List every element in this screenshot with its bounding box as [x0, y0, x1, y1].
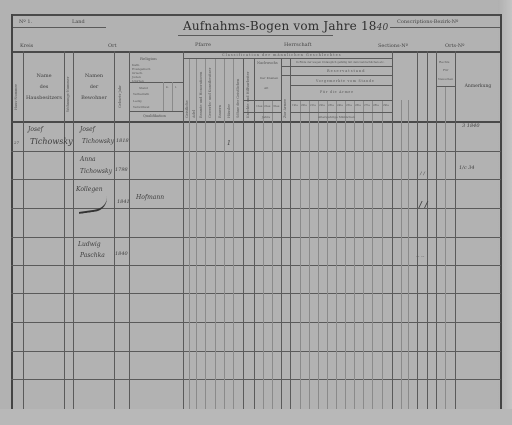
resident-surname: Tichowsky [82, 138, 114, 145]
classification-title: Classification der männlichen Geschlecht… [222, 53, 342, 57]
sub-header-line [436, 86, 455, 87]
age-col: 26te [355, 104, 361, 107]
sub-col-line [189, 58, 190, 409]
sub-col-line [445, 86, 446, 409]
sub-col-line [345, 100, 346, 409]
sub-col-line [363, 100, 364, 409]
right-border [500, 14, 502, 409]
col-line [392, 51, 393, 409]
jahre-label: Jahre [262, 115, 270, 119]
birth-year: 1840 [115, 251, 128, 257]
sub-col-line [300, 100, 301, 409]
class-col-header: Bauern [218, 105, 222, 118]
qualification-text: Hofmann [136, 194, 164, 201]
age-col: 1tes [256, 104, 262, 108]
conscription-label: Conscriptions-Bezirk-Nº [397, 19, 458, 25]
number-label: Nº 1. [19, 19, 32, 25]
resident-surname: Tichowsky [80, 168, 112, 175]
religion-line [129, 111, 183, 112]
age-col: 21te [310, 104, 316, 107]
vorgemerkte-header: Vorgemerkte vom Stande [316, 79, 375, 83]
stand-row: Verwittwet [133, 105, 150, 109]
qualifikation-label: Qualifikation [143, 114, 166, 118]
remark-text: 3 1840 [462, 123, 480, 129]
owner-surname: Tichowsky [30, 137, 73, 146]
stand-col: k. [166, 85, 169, 89]
pfarre-label: Pfarre [195, 42, 211, 48]
sub-header-line [290, 85, 392, 86]
birth-year: 1798 [115, 167, 128, 173]
class-mark: / / [419, 199, 428, 209]
remark-text: 1/c 34 [459, 165, 475, 171]
owner-name-header-2: des [26, 84, 62, 90]
class-col-header: Adel [192, 110, 196, 118]
resident-name-header-1: Namen [76, 73, 112, 79]
land-underline [11, 27, 106, 28]
col-line [114, 51, 115, 409]
page-bottom-margin [0, 409, 512, 425]
sub-col-line [372, 100, 373, 409]
orts-label: Orts-Nº [445, 43, 464, 49]
nachwuchs-sub: Der Knaben [260, 76, 278, 80]
birth-year: 1818 [116, 138, 129, 144]
year-suffix: 40 [377, 23, 389, 33]
sub-col-line [309, 100, 310, 409]
age-col: 22te [319, 104, 325, 107]
religion-sub-line [163, 82, 164, 111]
class-col-header: Gewerbs- und Kunstbesitzer [208, 68, 212, 118]
sub-col-line [233, 58, 234, 409]
house-number: 27 [14, 140, 19, 145]
sub-col-line [401, 100, 402, 409]
religion-title: Religion [140, 56, 157, 61]
resident-given-name: Josef [80, 126, 95, 133]
class-col-header: Knechte und Hilfsarbeiter [246, 72, 250, 118]
land-label: Land [72, 19, 85, 25]
stand-col: l. [175, 85, 177, 89]
sub-col-line [354, 100, 355, 409]
stand-title: Stand [139, 86, 148, 90]
col-line [436, 51, 437, 409]
age-col: 2tes [264, 104, 270, 108]
sections-label: Sections-Nº [378, 43, 408, 49]
haus-nummer-header: Haus-Nummer [14, 84, 18, 110]
age-col: 29te [383, 104, 389, 107]
col-line [73, 51, 74, 409]
class-col-header: Söhne der Geistlichen [236, 79, 240, 118]
col-line [243, 58, 244, 409]
col-line [290, 58, 291, 409]
religion-sub-line [172, 82, 173, 111]
age-col: 27te [364, 104, 370, 107]
rechts-label: Für [443, 68, 448, 72]
col-line [427, 51, 428, 409]
class-col-header: Geistliche [185, 100, 189, 118]
owner-name-header-3: Hausbesitzers [24, 95, 64, 101]
geburts-jahr-header: Geburts-Jahr [118, 85, 122, 108]
classification-line [183, 58, 392, 59]
sub-col-line [327, 100, 328, 409]
nachwuchs-sub: Alt [264, 86, 268, 90]
class-mark: / / [420, 171, 425, 177]
herrschaft-label: Herrschaft [284, 42, 312, 48]
resident-given-name: Anna [80, 156, 96, 163]
sub-col-line [318, 100, 319, 409]
sub-col-line [408, 100, 409, 409]
altersjahr-label: Altersjahrige Männchen [318, 115, 355, 119]
top-border [11, 14, 501, 16]
age-col: 28te [373, 104, 379, 107]
age-col: 24te [337, 104, 343, 107]
col-line [23, 51, 24, 409]
resident-name-header-3: Bewohner [76, 95, 112, 101]
owner-name-header-1: Name [26, 73, 62, 79]
col-line [455, 51, 456, 409]
befreite-header: In Rüde der wegen Untauglich gefällig mi… [296, 61, 384, 64]
title-text: Aufnahms-Bogen vom Jahre 18 [183, 19, 377, 33]
reservat-header: Reservatstand [327, 69, 366, 73]
sub-header-line [290, 100, 392, 101]
conscription-underline [390, 27, 500, 28]
sub-header-line [290, 112, 392, 113]
resident-given-name: Kollegen [76, 186, 103, 193]
resident-given-name: Ludwig [78, 241, 101, 248]
kreis-label: Kreis [20, 43, 33, 49]
age-col: 20te [301, 104, 307, 107]
resident-surname: Paschka [80, 252, 105, 259]
class-mark: 1 [227, 140, 231, 147]
religion-row: Unirten [132, 79, 144, 83]
sub-col-line [224, 58, 225, 409]
sub-header-line [281, 66, 392, 67]
age-col: 3tes [273, 104, 279, 108]
class-col-header: Beamte und Honoratioren [199, 72, 203, 118]
ort-label: Ort [108, 43, 117, 49]
rechts-label: Rechts [439, 60, 449, 64]
title-underline [178, 35, 333, 36]
sub-col-line [336, 100, 337, 409]
class-mark: -- -- [416, 254, 424, 260]
sub-col-line [215, 58, 216, 409]
left-border [11, 14, 13, 409]
nachwuchs-label: Nachwuchs [257, 61, 278, 65]
col-line [183, 51, 184, 409]
col-line [417, 51, 418, 409]
age-col: 19te [292, 104, 298, 107]
col-line [281, 58, 282, 409]
page-title: Aufnahms-Bogen vom Jahre 1840 [183, 19, 388, 33]
class-col-header: Häusler [227, 104, 231, 118]
zur-armee-header: Zur Armee [283, 99, 287, 118]
stand-row: Verheirath [133, 92, 149, 96]
resident-name-header-2: der [76, 84, 112, 90]
age-col: 25te [346, 104, 352, 107]
sub-header-line [281, 75, 392, 76]
rechts-label: Neuschen [438, 77, 453, 81]
remarks-header: Anmerkung [457, 84, 499, 89]
col-line [64, 51, 65, 409]
fur-die-armee-header: Für die Armee [320, 90, 354, 94]
wohnungs-nummer-header: Wohnungs-Nummer [66, 77, 70, 112]
col-line [254, 58, 255, 409]
sub-col-line [272, 100, 273, 409]
stand-row: Ledig [133, 99, 142, 103]
sub-col-line [205, 58, 206, 409]
owner-given-name: Josef [28, 126, 43, 133]
sub-col-line [263, 100, 264, 409]
sub-col-line [196, 58, 197, 409]
sub-col-line [382, 100, 383, 409]
col-line [129, 51, 130, 409]
age-col: 23te [328, 104, 334, 107]
birth-year: 1841 [117, 199, 130, 205]
